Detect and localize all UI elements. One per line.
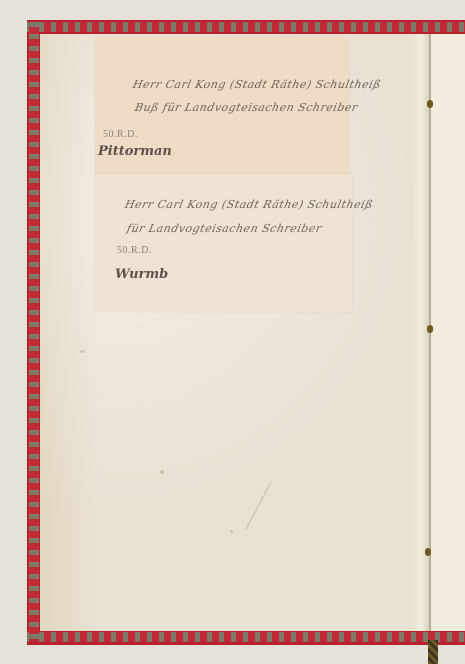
- binding-tack: [425, 548, 431, 556]
- left-page-shading: [40, 34, 100, 631]
- binding-tack: [427, 325, 433, 333]
- paper-stain: [160, 470, 164, 474]
- cover-border-bottom: [27, 632, 465, 642]
- slip-2-handwriting-line-2: für Landvogteisachen Schreiber: [126, 222, 323, 235]
- paper-stain: [80, 350, 85, 353]
- slip-1-stamp: 50.R.D.: [103, 129, 138, 140]
- right-page-edge: [431, 34, 465, 631]
- slip-2-handwriting-line-1: Herr Carl Kong (Stadt Räthe) Schultheiß: [124, 198, 375, 211]
- manuscript-slip-1: Herr Carl Kong (Stadt Räthe) Schultheiß …: [95, 36, 349, 174]
- binding-tack: [427, 100, 433, 108]
- slip-2-signature: Wurmb: [115, 267, 168, 282]
- book-gutter: [412, 34, 430, 631]
- cover-border-top: [27, 22, 465, 32]
- slip-2-stamp: 50.R.D.: [117, 245, 152, 256]
- bookmark-ribbon: [428, 640, 438, 664]
- paper-stain: [230, 530, 233, 533]
- slip-1-signature: Pittorman: [98, 144, 172, 159]
- manuscript-slip-2: Herr Carl Kong (Stadt Räthe) Schultheiß …: [95, 174, 352, 312]
- slip-1-handwriting-line-1: Herr Carl Kong (Stadt Räthe) Schultheiß: [132, 78, 383, 91]
- slip-1-handwriting-line-2: Buß für Landvogteisachen Schreiber: [134, 101, 359, 114]
- cover-border-left: [29, 22, 39, 642]
